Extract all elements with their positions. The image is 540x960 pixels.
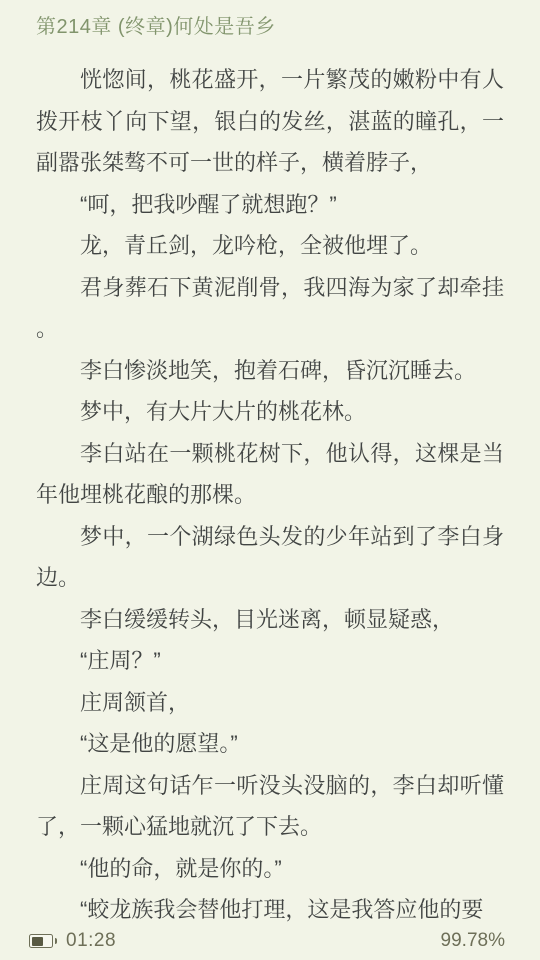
chapter-title: 第214章 (终章)何处是吾乡 <box>0 0 540 40</box>
battery-fill <box>32 937 44 946</box>
status-bar: 01:28 99.78% <box>29 930 505 952</box>
paragraph: “庄周？” <box>36 640 504 682</box>
battery-icon <box>29 934 57 948</box>
body-text: 恍惚间，桃花盛开，一片繁茂的嫩粉中有人拨开枝丫向下望，银白的发丝，湛蓝的瞳孔，一… <box>36 59 504 931</box>
paragraph: 庄周这句话乍一听没头没脑的，李白却听懂了，一颗心猛地就沉了下去。 <box>36 765 504 848</box>
paragraph: “呵，把我吵醒了就想跑？” <box>36 184 504 226</box>
battery-nub <box>55 938 58 944</box>
reading-progress: 99.78% <box>441 930 505 952</box>
clock-time: 01:28 <box>66 930 116 952</box>
paragraph: “蛟龙族我会替他打理，这是我答应他的要 <box>36 889 504 931</box>
paragraph: 君身葬石下黄泥削骨，我四海为家了却牵挂。 <box>36 267 504 350</box>
reader-page[interactable]: 第214章 (终章)何处是吾乡 恍惚间，桃花盛开，一片繁茂的嫩粉中有人拨开枝丫向… <box>0 0 540 960</box>
status-left: 01:28 <box>29 930 116 952</box>
paragraph: 龙，青丘剑，龙吟枪，全被他埋了。 <box>36 225 504 267</box>
paragraph: “他的命，就是你的。” <box>36 848 504 890</box>
paragraph: 庄周颔首， <box>36 682 504 724</box>
paragraph: 李白缓缓转头，目光迷离，顿显疑惑， <box>36 599 504 641</box>
paragraph: 梦中，一个湖绿色头发的少年站到了李白身边。 <box>36 516 504 599</box>
battery-body <box>29 934 53 948</box>
paragraph: 李白站在一颗桃花树下，他认得，这棵是当年他埋桃花酿的那棵。 <box>36 433 504 516</box>
paragraph: 恍惚间，桃花盛开，一片繁茂的嫩粉中有人拨开枝丫向下望，银白的发丝，湛蓝的瞳孔，一… <box>36 59 504 184</box>
paragraph: “这是他的愿望。” <box>36 723 504 765</box>
paragraph: 梦中，有大片大片的桃花林。 <box>36 391 504 433</box>
paragraph: 李白惨淡地笑，抱着石碑，昏沉沉睡去。 <box>36 350 504 392</box>
